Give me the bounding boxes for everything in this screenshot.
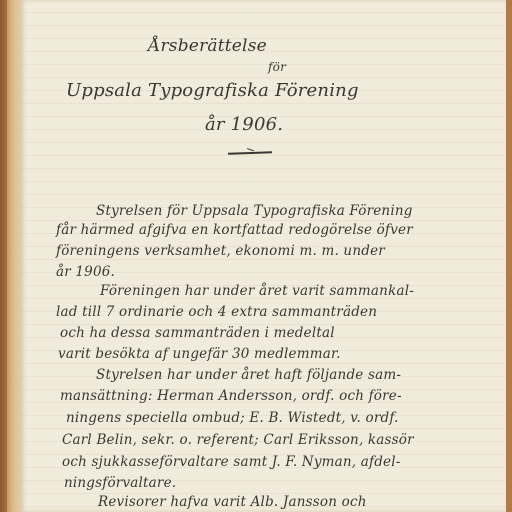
body-line: lad till 7 ordinarie och 4 extra sammant… (56, 304, 377, 320)
body-line: ningsförvaltare. (64, 475, 176, 491)
body-line: Föreningen har under året varit sammanka… (100, 283, 414, 299)
body-line: Carl Belin, sekr. o. referent; Carl Erik… (62, 432, 414, 448)
body-line: Styrelsen har under året haft följande s… (96, 367, 401, 383)
body-line: år 1906. (56, 264, 115, 280)
title-line-2: för (268, 60, 286, 74)
body-line: varit besökta af ungefär 30 medlemmar. (58, 346, 341, 362)
body-line: Revisorer hafva varit Alb. Jansson och (98, 494, 367, 510)
title-line-1: Årsberättelse (148, 36, 267, 56)
body-line: föreningens verksamhet, ekonomi m. m. un… (56, 243, 385, 259)
page-edge (506, 0, 512, 512)
body-line: ningens speciella ombud; E. B. Wistedt, … (66, 410, 399, 426)
binding-tape (7, 0, 21, 512)
body-line: och ha dessa sammanträden i medeltal (60, 325, 335, 341)
body-line: Styrelsen för Uppsala Typografiska Fören… (96, 203, 413, 219)
book-binding (0, 0, 7, 512)
body-line: mansättning: Herman Andersson, ordf. och… (60, 388, 402, 404)
title-line-3: Uppsala Typografiska Förening (66, 80, 359, 101)
body-line: får härmed afgifva en kortfattad redogör… (56, 222, 413, 238)
title-line-4: år 1906. (205, 114, 283, 135)
document-scan: Årsberättelse för Uppsala Typografiska F… (0, 0, 512, 512)
body-line: och sjukkasseförvaltare samt J. F. Nyman… (62, 454, 401, 470)
